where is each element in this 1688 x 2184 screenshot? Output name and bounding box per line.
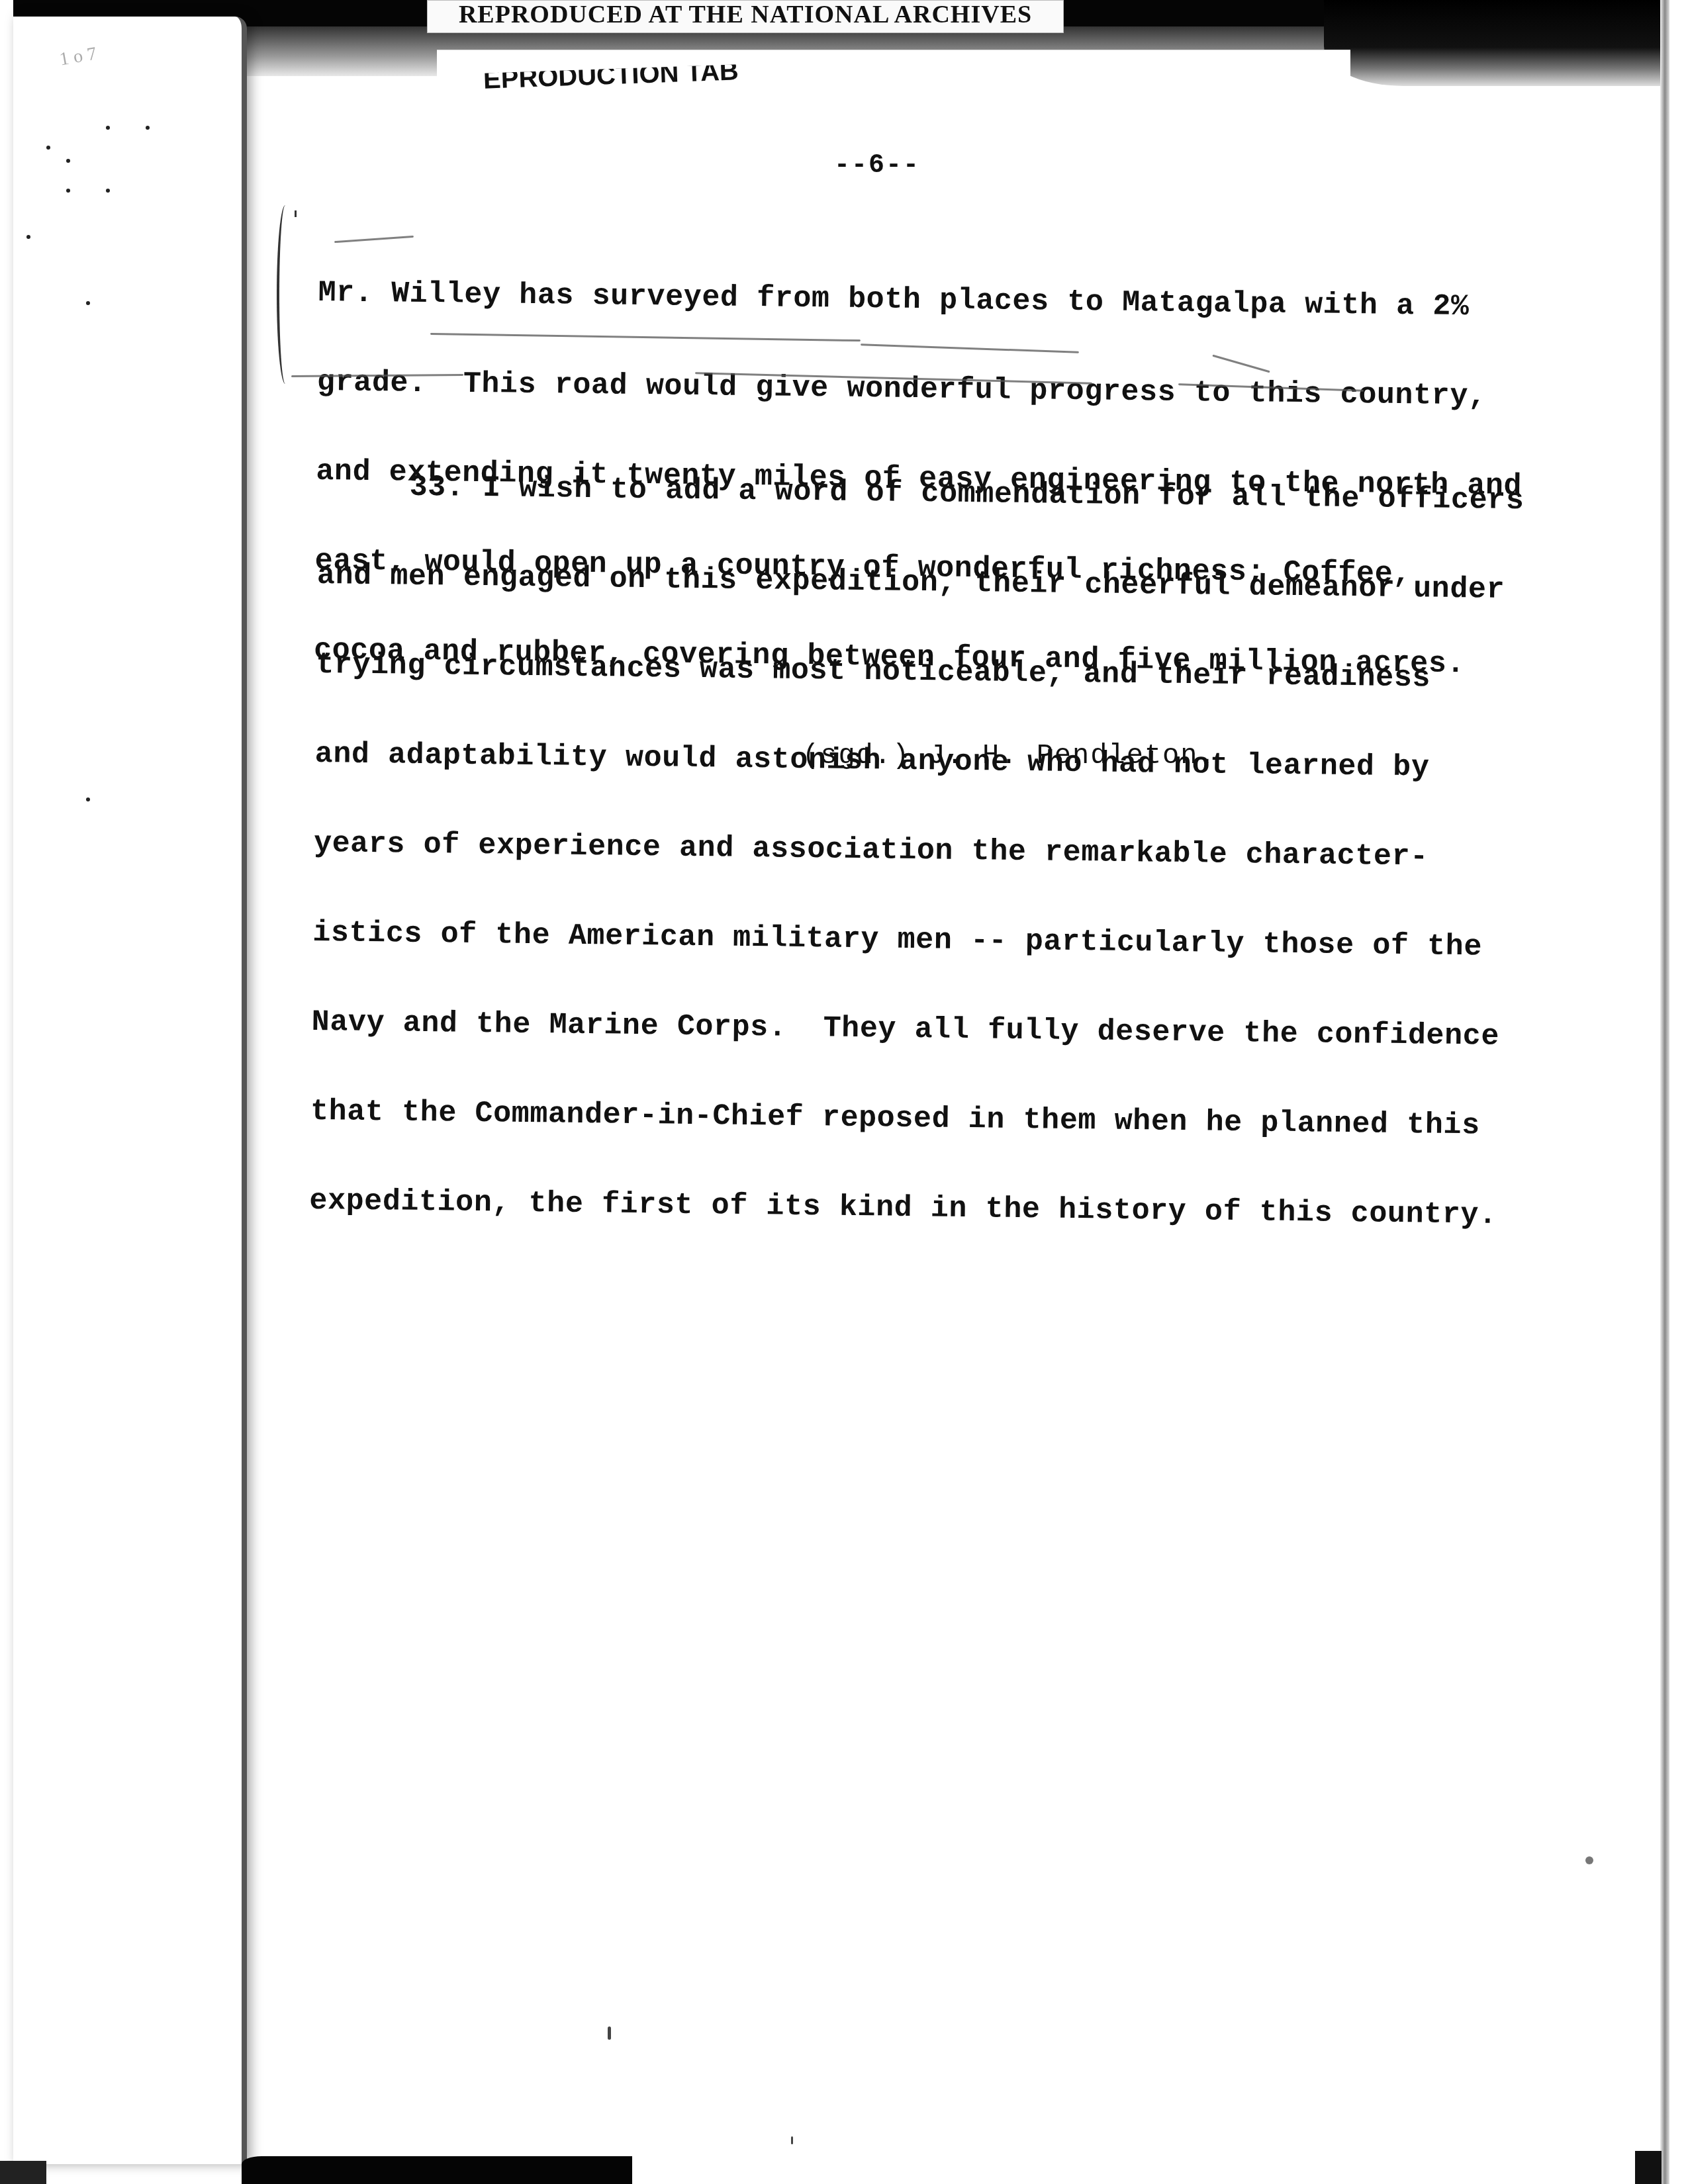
text-line: Mr. Willey has surveyed from both places… [318, 278, 1635, 324]
page-number: --6-- [834, 151, 920, 181]
bleed-through-speck [86, 301, 90, 305]
text-line: istics of the American military men -- p… [312, 918, 1630, 964]
bleed-through-speck [86, 797, 90, 801]
scanner-background-bottom-right [1635, 2151, 1662, 2184]
paragraph-33: 33. I wish to add a word of commendation… [309, 412, 1636, 1261]
scanner-background-right [1324, 0, 1665, 86]
scan-speck [608, 2026, 611, 2040]
bleed-through-speck [146, 126, 150, 130]
page-edge-right [1660, 0, 1669, 2184]
text-line: Navy and the Marine Corps. They all full… [311, 1007, 1628, 1053]
text-line: 33. I wish to add a word of commendation… [318, 471, 1635, 517]
signature-line: (sgd.) J. H. Pendleton. [802, 740, 1217, 772]
text-line: and men engaged on this expedition, thei… [317, 561, 1634, 606]
bleed-through-speck [106, 126, 110, 130]
adjacent-page-left: 1 o 7 [13, 17, 247, 2164]
scanner-background-bottom-left [0, 2161, 46, 2184]
bleed-through-speck [66, 189, 70, 193]
scanner-background-bottom [242, 2156, 632, 2184]
corner-mark: 1 o 7 [58, 43, 99, 70]
text-line: that the Commander-in-Chief reposed in t… [310, 1097, 1628, 1142]
bleed-through-speck [46, 146, 50, 150]
margin-tick-mark [295, 210, 297, 217]
bleed-through-speck [66, 159, 70, 163]
bleed-through-speck [26, 235, 30, 239]
scan-speck [791, 2136, 793, 2144]
text-line: trying circumstances was most noticeable… [316, 650, 1633, 696]
bleed-through-speck [106, 189, 110, 193]
text-line: years of experience and association the … [314, 829, 1631, 874]
national-archives-stamp: REPRODUCED AT THE NATIONAL ARCHIVES [427, 0, 1064, 33]
scan-speck [1585, 1856, 1593, 1864]
text-line: grade. This road would give wonderful pr… [317, 367, 1634, 413]
text-line: expedition, the first of its kind in the… [309, 1186, 1626, 1232]
margin-bracket-mark [277, 205, 294, 384]
